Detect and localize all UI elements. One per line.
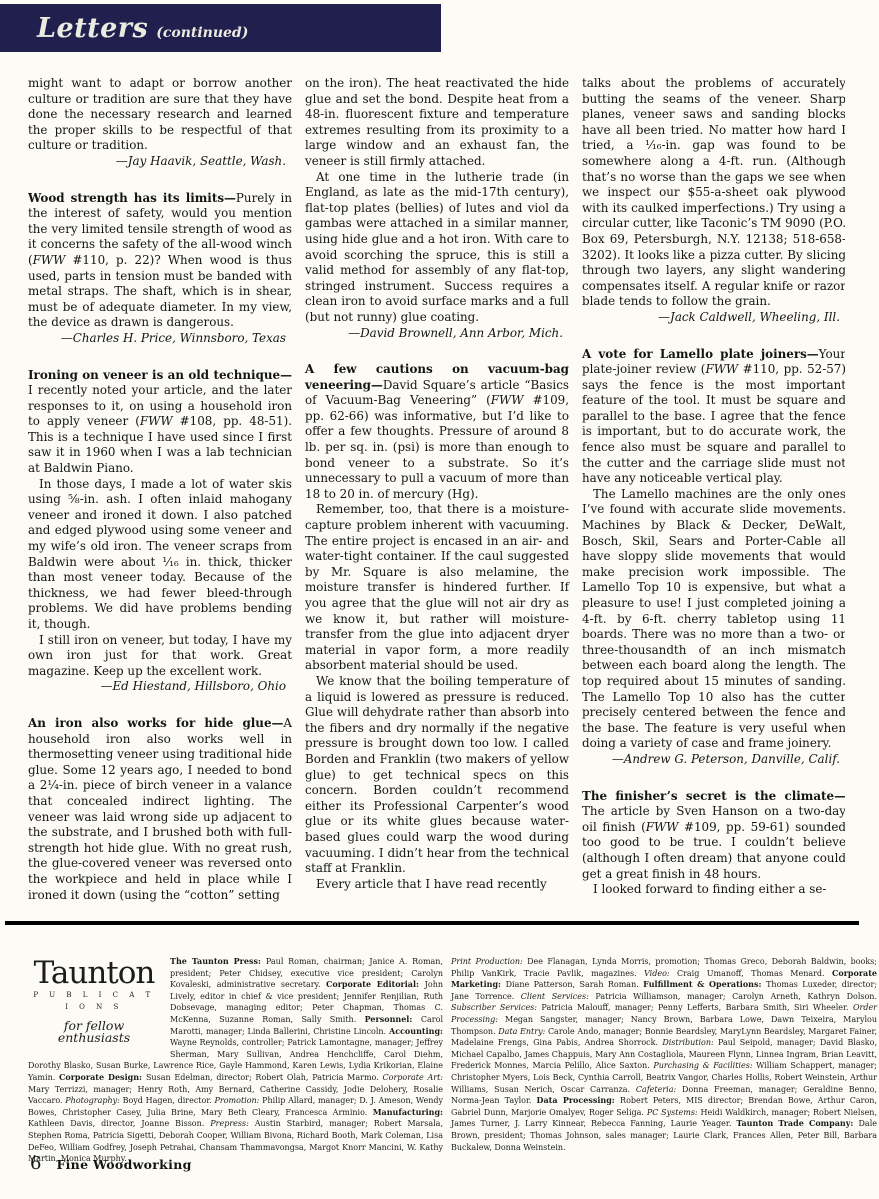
text-segment: Boyd Hagen, director. — [123, 1096, 215, 1105]
text-segment: Wood strength has its limits— — [28, 191, 236, 205]
taunton-logo: Taunton P U B L I C A T I O N S for fell… — [28, 956, 160, 1054]
letters-body: might want to adapt or borrow another cu… — [28, 76, 845, 924]
letter-paragraph: We know that the boiling temperature of … — [305, 674, 569, 877]
text-segment: Kathleen Davis, director, Joanne Bisson. — [28, 1119, 210, 1128]
letter-paragraph: Wood strength has its limits—Purely in t… — [28, 191, 292, 331]
page-footer: 6Fine Woodworking — [30, 1153, 192, 1174]
text-segment: Every article that I have read recently — [316, 877, 547, 891]
magazine-page: Letters(continued) might want to adapt o… — [0, 0, 879, 1199]
taunton-logo-publications: P U B L I C A T I O N S — [28, 990, 160, 1013]
letter-paragraph: An iron also works for hide glue—A house… — [28, 716, 292, 903]
text-segment: Corporate Editorial: — [326, 979, 425, 989]
letter-paragraph: I still iron on veneer, but today, I hav… — [28, 633, 292, 680]
text-segment: #110, p. 22)? When wood is thus used, pa… — [28, 253, 292, 329]
text-segment: #110, pp. 52-57) says the fence is the m… — [582, 362, 845, 485]
letter-paragraph: In those days, I made a lot of water ski… — [28, 477, 292, 633]
text-segment: FWW — [140, 414, 173, 428]
text-segment: Corporate Art: — [383, 1073, 444, 1082]
letters-column-3: talks about the problems of accurately b… — [582, 76, 845, 924]
text-segment: Craig Umanoff, Thomas Menard. — [677, 969, 832, 978]
section-title: Letters — [37, 13, 148, 44]
letter-paragraph: A few cautions on vacuum-bag veneering—D… — [305, 362, 569, 502]
taunton-logo-tagline: for fellow enthusiasts — [28, 1020, 160, 1043]
letter-paragraph: might want to adapt or borrow another cu… — [28, 76, 292, 154]
text-segment: At one time in the lutherie trade (in En… — [305, 170, 569, 324]
text-segment: Prepress: — [210, 1119, 255, 1128]
masthead-right-block: Print Production: Dee Flanagan, Lynda Mo… — [451, 956, 877, 1165]
masthead: Taunton P U B L I C A T I O N S for fell… — [28, 956, 877, 1165]
text-segment: #109, pp. 62-66) was informative, but I’… — [305, 393, 569, 501]
text-segment: Accounting: — [389, 1026, 443, 1036]
letter-paragraph: A vote for Lamello plate joiners—Your pl… — [582, 347, 845, 487]
masthead-right-text: Print Production: Dee Flanagan, Lynda Mo… — [451, 957, 877, 1152]
text-segment: Video: — [644, 969, 677, 978]
letter-signature: —Andrew G. Peterson, Danville, Calif. — [582, 752, 845, 768]
letter-signature: —Jack Caldwell, Wheeling, Ill. — [582, 310, 845, 326]
text-segment: In those days, I made a lot of water ski… — [28, 477, 292, 631]
taunton-logo-wordmark: Taunton — [28, 958, 160, 988]
text-segment: FWW — [491, 393, 524, 407]
text-segment: The finisher’s secret is the climate— — [582, 789, 845, 803]
page-title: Letters(continued) — [0, 4, 441, 44]
text-segment: A vote for Lamello plate joiners— — [582, 347, 819, 361]
text-segment: Client Services: — [521, 992, 596, 1001]
letter-paragraph: talks about the problems of accurately b… — [582, 76, 845, 310]
page-number: 6 — [30, 1153, 41, 1174]
text-segment: FWW — [646, 820, 679, 834]
letter-paragraph: At one time in the lutherie trade (in En… — [305, 170, 569, 326]
letters-column-1: might want to adapt or borrow another cu… — [28, 76, 292, 924]
text-segment: Personnel: — [365, 1014, 421, 1024]
text-segment: Susan Edelman, director; Robert Olah, Pa… — [146, 1073, 383, 1082]
text-segment: FWW — [33, 253, 66, 267]
text-segment: An iron also works for hide glue— — [28, 716, 283, 730]
text-segment: The Lamello machines are the only ones I… — [582, 487, 845, 751]
page-header: Letters(continued) — [0, 4, 441, 52]
text-segment: I still iron on veneer, but today, I hav… — [28, 633, 292, 678]
text-segment: Print Production: — [451, 957, 527, 966]
letter-paragraph: Every article that I have read recently — [305, 877, 569, 893]
text-segment: Promotion: — [215, 1096, 263, 1105]
letters-column-2: on the iron). The heat reactivated the h… — [305, 76, 569, 924]
letter-signature: —Ed Hiestand, Hillsboro, Ohio — [28, 679, 292, 695]
magazine-name: Fine Woodworking — [56, 1157, 191, 1172]
text-segment: Data Entry: — [498, 1027, 548, 1036]
letter-paragraph: Remember, too, that there is a moisture-… — [305, 502, 569, 674]
text-segment: Cafeteria: — [636, 1085, 682, 1094]
text-segment: Diane Patterson, Sarah Roman. — [506, 980, 644, 989]
masthead-left-block: Taunton P U B L I C A T I O N S for fell… — [28, 956, 443, 1165]
text-segment: We know that the boiling temperature of … — [305, 674, 569, 875]
text-segment: Manufacturing: — [373, 1107, 443, 1117]
text-segment: Subscriber Services: — [451, 1003, 541, 1012]
letter-paragraph: I looked forward to finding either a se- — [582, 882, 845, 898]
letter-paragraph: The finisher’s secret is the climate—The… — [582, 789, 845, 883]
letter-signature: —Jay Haavik, Seattle, Wash. — [28, 154, 292, 170]
text-segment: Fulfillment & Operations: — [643, 979, 766, 989]
text-segment: FWW — [705, 362, 738, 376]
continued-note: (continued) — [156, 25, 248, 41]
letter-signature: —Charles H. Price, Winnsboro, Texas — [28, 331, 292, 347]
text-segment: Remember, too, that there is a moisture-… — [305, 502, 569, 672]
letter-paragraph: on the iron). The heat reactivated the h… — [305, 76, 569, 170]
letter-paragraph: The Lamello machines are the only ones I… — [582, 487, 845, 752]
text-segment: Distribution: — [662, 1038, 718, 1047]
text-segment: A household iron also works well in ther… — [28, 716, 292, 902]
text-segment: PC Systems: — [647, 1108, 701, 1117]
text-segment: talks about the problems of accurately b… — [582, 76, 845, 308]
text-segment: The Taunton Press: — [170, 956, 266, 966]
text-segment: on the iron). The heat reactivated the h… — [305, 76, 569, 168]
text-segment: might want to adapt or borrow another cu… — [28, 76, 292, 152]
text-segment: Photography: — [65, 1096, 122, 1105]
letter-signature: —David Brownell, Ann Arbor, Mich. — [305, 326, 569, 342]
text-segment: Taunton Trade Company: — [736, 1118, 858, 1128]
text-segment: Patricia Malouff, manager; Penny Leffert… — [541, 1003, 853, 1012]
text-segment: I looked forward to finding either a se- — [593, 882, 826, 896]
text-segment: Corporate Design: — [59, 1072, 146, 1082]
text-segment: Ironing on veneer is an old technique— — [28, 368, 292, 382]
masthead-divider-rule — [5, 921, 859, 925]
text-segment: Data Processing: — [537, 1095, 621, 1105]
text-segment: Patricia Williamson, manager; Carolyn Ar… — [595, 992, 877, 1001]
letter-paragraph: Ironing on veneer is an old technique—I … — [28, 368, 292, 477]
text-segment: Purchasing & Facilities: — [653, 1061, 756, 1070]
